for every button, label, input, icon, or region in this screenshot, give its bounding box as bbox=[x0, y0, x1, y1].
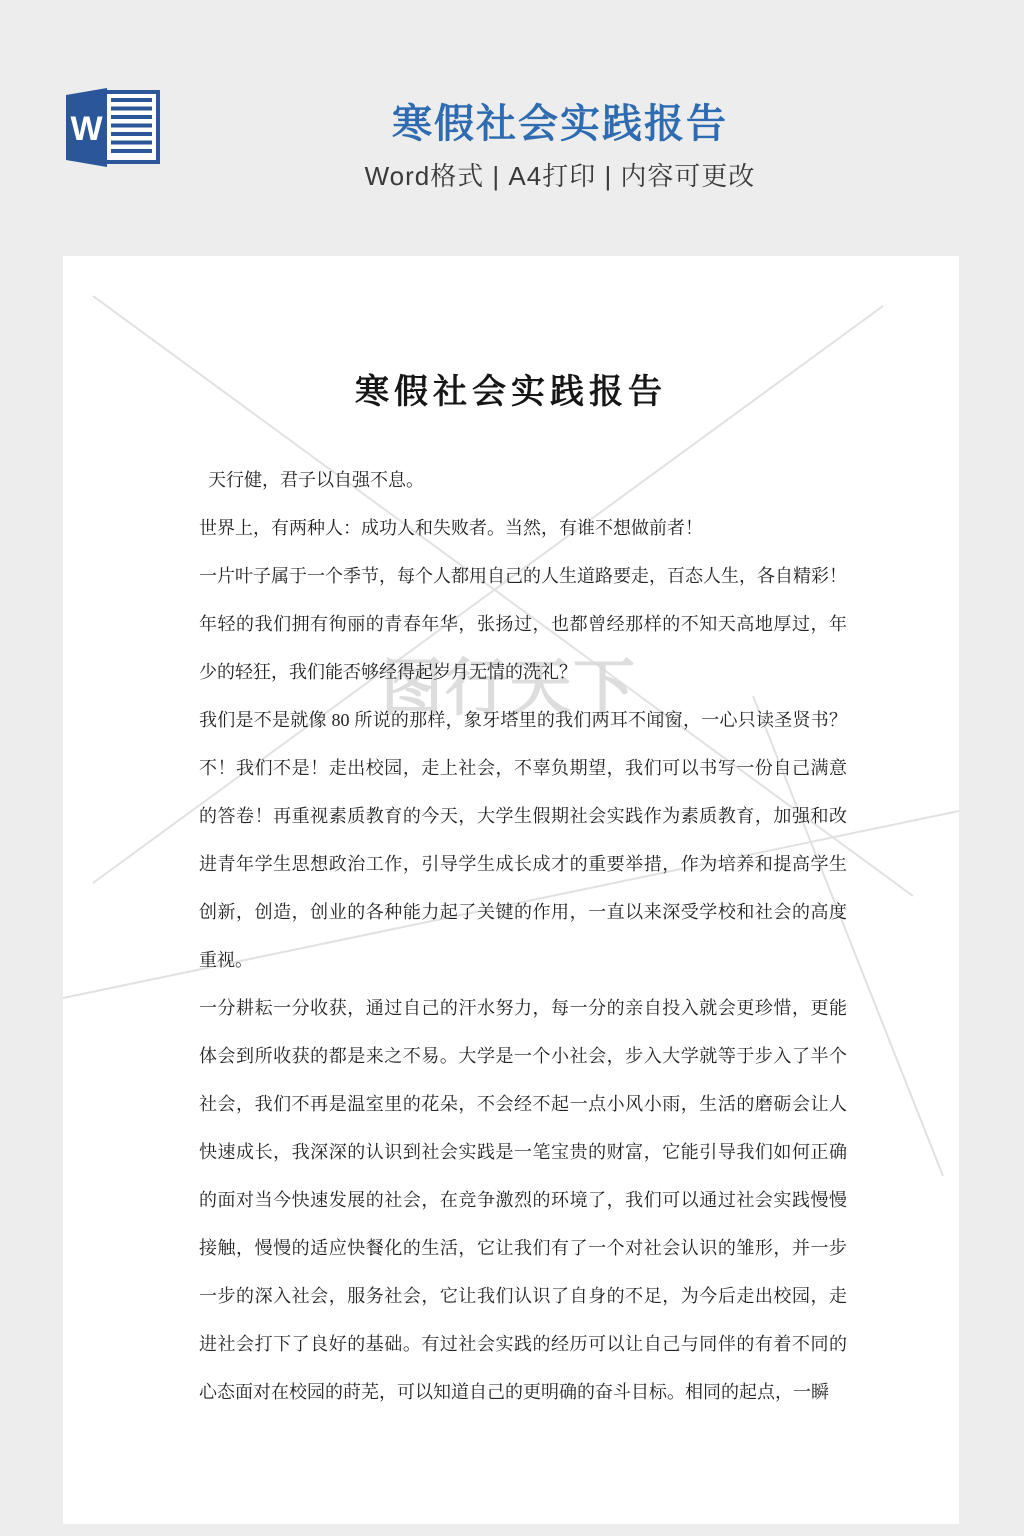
text-line: 社会，我们不再是温室里的花朵，不会经不起一点小风小雨，生活的磨砺会让人 bbox=[199, 1080, 847, 1128]
text-line: 的答卷！再重视素质教育的今天，大学生假期社会实践作为素质教育，加强和改 bbox=[199, 792, 847, 840]
text-line: 接触，慢慢的适应快餐化的生活，它让我们有了一个对社会认识的雏形，并一步 bbox=[199, 1224, 847, 1272]
text-line: 心态面对在校园的莳芜，可以知道自己的更明确的奋斗目标。相同的起点，一瞬 bbox=[199, 1368, 847, 1416]
text-line: 重视。 bbox=[199, 936, 847, 984]
text-line: 进青年学生思想政治工作，引导学生成长成才的重要举措，作为培养和提高学生 bbox=[199, 840, 847, 888]
text-line: 一片叶子属于一个季节，每个人都用自己的人生道路要走，百态人生，各自精彩！ bbox=[199, 552, 847, 600]
text-line: 不！我们不是！走出校园，走上社会，不辜负期望，我们可以书写一份自己满意 bbox=[199, 744, 847, 792]
text-line: 年轻的我们拥有徇丽的青春年华，张扬过，也都曾经那样的不知天高地厚过，年 bbox=[199, 600, 847, 648]
document-title: 寒假社会实践报告 bbox=[63, 364, 959, 413]
text-line: 一分耕耘一分收获，通过自己的汗水努力，每一分的亲自投入就会更珍惜，更能 bbox=[199, 984, 847, 1032]
text-line: 少的轻狂，我们能否够经得起岁月无情的洗礼？ bbox=[199, 648, 847, 696]
text-line: 体会到所收获的都是来之不易。大学是一个小社会，步入大学就等于步入了半个 bbox=[199, 1032, 847, 1080]
text-line: 的面对当今快速发展的社会，在竞争激烈的环境了，我们可以通过社会实践慢慢 bbox=[199, 1176, 847, 1224]
page-background: W 寒假社会实践报告 Word格式 | A4打印 | 内容可更改 图行天下 寒假… bbox=[0, 0, 1024, 1536]
document-body: 天行健，君子以自强不息。世界上，有两种人：成功人和失败者。当然，有谁不想做前者！… bbox=[199, 456, 847, 1416]
text-line: 世界上，有两种人：成功人和失败者。当然，有谁不想做前者！ bbox=[199, 504, 847, 552]
header-title: 寒假社会实践报告 bbox=[160, 92, 960, 149]
text-line: 创新，创造，创业的各种能力起了关键的作用，一直以来深受学校和社会的高度 bbox=[199, 888, 847, 936]
header-subtitle: Word格式 | A4打印 | 内容可更改 bbox=[160, 156, 960, 193]
text-line: 进社会打下了良好的基础。有过社会实践的经历可以让自己与同伴的有着不同的 bbox=[199, 1320, 847, 1368]
word-logo-icon: W bbox=[66, 86, 160, 170]
svg-text:W: W bbox=[70, 110, 103, 148]
text-line: 快速成长，我深深的认识到社会实践是一笔宝贵的财富，它能引导我们如何正确 bbox=[199, 1128, 847, 1176]
text-line: 一步的深入社会，服务社会，它让我们认识了自身的不足，为今后走出校园，走 bbox=[199, 1272, 847, 1320]
text-line: 天行健，君子以自强不息。 bbox=[199, 456, 847, 504]
text-line: 我们是不是就像 80 所说的那样，象牙塔里的我们两耳不闻窗，一心只读圣贤书？ bbox=[199, 696, 847, 744]
document-page: 图行天下 寒假社会实践报告 天行健，君子以自强不息。世界上，有两种人：成功人和失… bbox=[63, 256, 959, 1524]
